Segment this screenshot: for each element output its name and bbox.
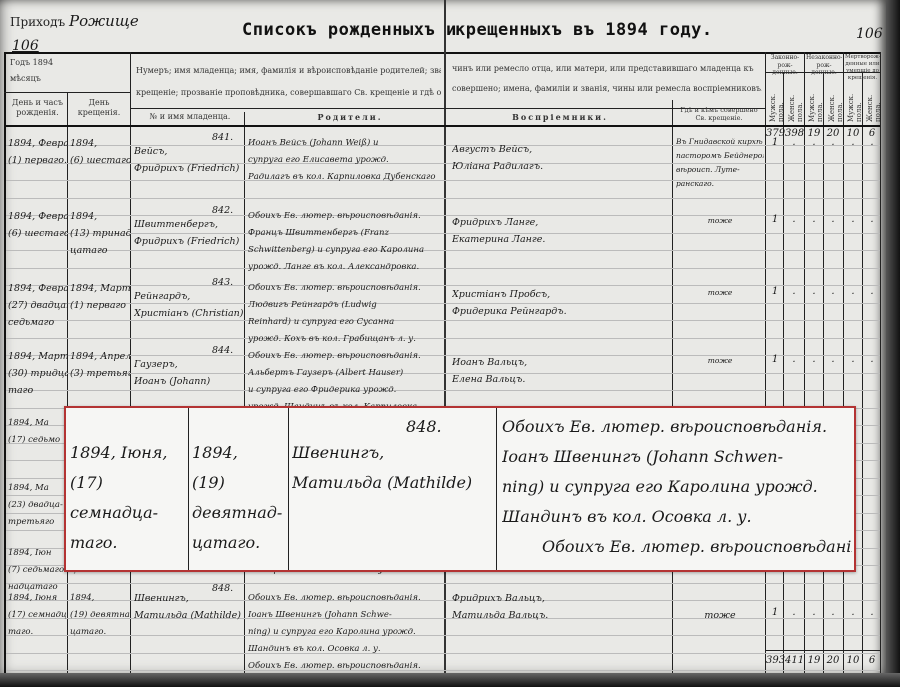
ruled-line: [6, 635, 880, 636]
scan-edge-right: [886, 0, 900, 687]
birth-date: 1894, Іюн(7) седьмагонадцатаго: [8, 545, 66, 596]
legit-male: Мужск. пола.: [769, 80, 785, 122]
child-name-line: Рейнгардъ,: [134, 288, 244, 305]
child-name-line: Швиттенбергъ,: [134, 216, 244, 233]
inset-child-line: Матильда (Mathilde): [292, 468, 496, 498]
count-mark: .: [785, 607, 803, 618]
baptism-place: тоже: [676, 354, 764, 368]
year-label: Годъ 1894: [10, 58, 53, 68]
parents-line: супруга его Елисавета урожд.: [248, 152, 442, 169]
birth-date-line: 1894, Іюня: [8, 590, 66, 607]
child-name: Вейсъ,Фридрихъ (Friedrich): [134, 143, 244, 177]
count-mark: .: [805, 607, 823, 618]
inset-parents: Обоихъ Ев. лютер. вѣроисповѣданія. Іоанъ…: [502, 412, 852, 562]
header-bottom: [4, 125, 880, 127]
birth-date-line: 1894, Февраля: [8, 135, 68, 152]
parents-line: Францъ Швиттенбергъ (Franz: [248, 225, 442, 242]
parents-line: урожд. Кохъ въ кол. Грабищанъ л. у.: [248, 331, 442, 348]
baptism-date: 1894,(19) девятнад-цатаго.: [70, 590, 130, 641]
parents-line: Обоихъ Ев. лютер. вѣроисповѣданія.: [248, 208, 442, 225]
birth-date: 1894, Февраля(6) шестаго: [8, 208, 68, 242]
child-name: Швиттенбергъ,Фридрихъ (Friedrich): [134, 216, 244, 250]
frame-left: [4, 52, 6, 687]
godparents-line: Фридрихъ Вальцъ,: [452, 590, 652, 607]
inset-parents-line: Обоихъ Ев. лютер. вѣроисповѣданія.: [502, 412, 852, 442]
baptism-place: тоже: [676, 607, 764, 624]
godparents-line: Елена Вальцъ.: [452, 371, 652, 388]
baptism-date-line: (19) девятнад-: [70, 607, 130, 624]
baptism-place-line: тоже: [676, 354, 764, 368]
child-name-line: Христіанъ (Christian): [134, 305, 244, 322]
godparents: Христіанъ Пробсъ,Фридерика Рейнгардъ.: [452, 286, 652, 320]
birth-date-line: 1894, Марта: [8, 348, 68, 365]
desc-top-right: чинъ или ремесло отца, или матери, или п…: [452, 64, 762, 74]
birth-date-line: таго: [8, 382, 68, 399]
inset-parents-line: Шандинъ въ кол. Осовка л. у.: [502, 502, 852, 532]
baptism-date-line: 1894, Апреля: [70, 348, 130, 365]
col-legit: Законно-рож-денные.: [767, 54, 803, 77]
col-godparents: Воспріемники.: [500, 112, 620, 122]
birth-date: 1894, Февраля(1) перваго.: [8, 135, 68, 169]
total-bottom-value: 20: [824, 655, 842, 666]
count-mark: 1: [766, 137, 784, 148]
ruled-line: [6, 250, 880, 251]
scan-edge-bottom: [0, 673, 900, 687]
birth-date-line: (23) двадца-: [8, 497, 66, 514]
count-mark: .: [844, 286, 862, 297]
parents-line: Людвигъ Рейнгардъ (Ludwig: [248, 297, 442, 314]
inset-birth-line: таго.: [70, 528, 188, 558]
birth-date-line: (1) перваго.: [8, 152, 68, 169]
godparents: Августъ Вейсъ,Юліана Радилагъ.: [452, 141, 652, 175]
baptism-place-line: вѣроисп. Луте-: [676, 163, 764, 177]
child-name-line: Вейсъ,: [134, 143, 244, 160]
ruled-line: [6, 390, 880, 391]
total-bottom-value: 411: [785, 655, 803, 666]
parents-line: Іоанъ Швенингъ (Johann Schwe-: [248, 607, 442, 624]
baptism-date: 1894,(6) шестаго: [70, 135, 130, 169]
count-mark: .: [844, 607, 862, 618]
inset-baptism: 1894, (19) девятнад- цатаго.: [192, 438, 288, 558]
ruled-line: [6, 583, 880, 584]
title-left: Списокъ рожденныхъ и: [242, 20, 457, 40]
count-mark: .: [805, 286, 823, 297]
godparents-line: Фридерика Рейнгардъ.: [452, 303, 652, 320]
baptism-date: 1894, Апреля(3) третьяго: [70, 348, 130, 382]
baptism-place-line: Въ Гнидавской кирхѣ: [676, 135, 764, 149]
godparents-line: Христіанъ Пробсъ,: [452, 286, 652, 303]
inset-parents-line: ning) и супруга его Каролина урожд.: [502, 472, 852, 502]
inset-child-line: Швенингъ,: [292, 438, 496, 468]
desc-top-left: Нумеръ; имя младенца; имя, фамилія и вѣр…: [136, 66, 441, 76]
col-line: [862, 72, 863, 687]
baptism-date-line: 1894,: [70, 590, 130, 607]
baptism-date: 1894, Марта(1) перваго: [70, 280, 130, 314]
totals-rule: [765, 650, 880, 651]
child-name: Гаузеръ,Иоанъ (Johann): [134, 356, 244, 390]
desc-bottom-right: совершено; имена, фамиліи и званія, чины…: [452, 84, 762, 94]
birth-date-line: (7) седьмаго: [8, 562, 66, 579]
parents-line: Альбертъ Гаузеръ (Albert Hauser): [248, 365, 442, 382]
row-line: [4, 92, 130, 93]
parents: Обоихъ Ев. лютер. вѣроисповѣданія.Іоанъ …: [248, 590, 442, 675]
baptism-date-line: цатаго: [70, 242, 130, 259]
parents: Обоихъ Ев. лютер. вѣроисповѣданія.Людвиг…: [248, 280, 442, 348]
count-mark: 1: [766, 607, 784, 618]
count-mark: .: [863, 214, 881, 225]
col-parents: Родители.: [300, 112, 400, 122]
birth-date: 1894, Ма(23) двадца-третьяго: [8, 480, 66, 531]
godparents-line: Августъ Вейсъ,: [452, 141, 652, 158]
birth-date-line: седьмаго: [8, 314, 68, 331]
parents-line: ning) и супруга его Каролина урожд.: [248, 624, 442, 641]
parents-line: Радилагъ въ кол. Карпиловка Дубенскаго: [248, 169, 442, 186]
stillborn-male: Мужск. пола.: [847, 80, 863, 122]
godparents: Иоанъ Вальцъ,Елена Вальцъ.: [452, 354, 652, 388]
child-name: Рейнгардъ,Христіанъ (Christian): [134, 288, 244, 322]
parents-line: Шандинъ въ кол. Осовка л. у.: [248, 641, 442, 658]
inset-col-line: [188, 408, 189, 570]
birth-date-line: таго.: [8, 624, 66, 641]
count-mark: .: [844, 354, 862, 365]
baptism-date: 1894,(13) тринад-цатаго: [70, 208, 130, 259]
parents-line: Обоихъ Ев. лютер. вѣроисповѣданія.: [248, 280, 442, 297]
birth-date-line: 1894, Іюн: [8, 545, 66, 562]
stillborn-female: Женск. пола.: [866, 80, 882, 122]
birth-date-line: 1894, Февраля: [8, 208, 68, 225]
baptism-date-line: 1894,: [70, 208, 130, 225]
count-mark: .: [785, 354, 803, 365]
illegit-male: Мужск. пола.: [808, 80, 824, 122]
count-mark: .: [844, 137, 862, 148]
parish-value: Рожище: [69, 12, 139, 30]
ruled-line: [6, 268, 880, 269]
count-mark: .: [844, 214, 862, 225]
legit-female: Женск. пола.: [788, 80, 804, 122]
ruled-line: [6, 670, 880, 671]
parents-line: Иоанъ Вейсъ (Johann Weiß) и: [248, 135, 442, 152]
birth-date-line: 1894, Ма: [8, 480, 66, 497]
birth-date-line: 1894, Ма: [8, 415, 66, 432]
register-page: Приходъ Рожище 106 Списокъ рожденныхъ и …: [0, 0, 888, 687]
total-bottom-value: 6: [863, 655, 881, 666]
total-bottom-value: 393: [766, 655, 784, 666]
baptism-place-line: тоже: [676, 607, 764, 624]
count-mark: .: [824, 607, 842, 618]
inset-parents-line: Іоанъ Швенингъ (Johann Schwen-: [502, 442, 852, 472]
frame-top: [4, 52, 880, 54]
col-line: [130, 52, 131, 687]
parents-line: Обоихъ Ев. лютер. вѣроисповѣданія.: [248, 590, 442, 607]
baptism-place-line: пасторомъ Бейднеромъ: [676, 149, 764, 163]
inset-parents-line: Обоихъ Ев. лютер. вѣроисповѣданія.: [502, 532, 852, 562]
birth-date-line: третьяго: [8, 514, 66, 531]
birth-date: 1894, Марта(30) тридца-таго: [8, 348, 68, 399]
count-mark: .: [805, 214, 823, 225]
child-name-line: Фридрихъ (Friedrich): [134, 233, 244, 250]
inset-baptism-line: 1894,: [192, 438, 288, 468]
baptism-place-line: ранскаго.: [676, 177, 764, 191]
inset-birth-line: 1894, Іюня,: [70, 438, 188, 468]
total-bottom-value: 10: [844, 655, 862, 666]
parents-line: и супруга его Фридерика урожд.: [248, 382, 442, 399]
birth-date-line: (6) шестаго: [8, 225, 68, 242]
count-mark: .: [805, 137, 823, 148]
count-mark: .: [785, 286, 803, 297]
godparents-line: Иоанъ Вальцъ,: [452, 354, 652, 371]
inset-child: Швенингъ, Матильда (Mathilde): [292, 438, 496, 498]
baptism-date-line: (13) тринад-: [70, 225, 130, 242]
birth-date: 1894, Февраля(27) двадцатьседьмаго: [8, 280, 68, 331]
col-line: [672, 100, 673, 687]
baptism-date-line: 1894,: [70, 135, 130, 152]
parents: Иоанъ Вейсъ (Johann Weiß) исупруга его Е…: [248, 135, 442, 186]
col-line: [783, 72, 784, 687]
col-baptism-day: День крещенія.: [70, 98, 128, 118]
child-name-line: Иоанъ (Johann): [134, 373, 244, 390]
ruled-line: [6, 653, 880, 654]
count-mark: .: [785, 137, 803, 148]
birth-date-line: (30) тридца-: [8, 365, 68, 382]
child-name-line: Фридрихъ (Friedrich): [134, 160, 244, 177]
baptism-place: тоже: [676, 286, 764, 300]
col-place: Гдѣ и кѣмъ совершено Св. крещеніе.: [676, 106, 762, 122]
parents: Обоихъ Ев. лютер. вѣроисповѣданія.Францъ…: [248, 208, 442, 276]
total-bottom-value: 19: [805, 655, 823, 666]
count-mark: .: [805, 354, 823, 365]
parents-line: Reinhard) и супруга его Сусанна: [248, 314, 442, 331]
baptism-place-line: тоже: [676, 286, 764, 300]
title-right: крещенныхъ въ 1894 году.: [455, 20, 713, 40]
birth-date: 1894, Ма(17) седьмо: [8, 415, 66, 449]
baptism-place: Въ Гнидавской кирхѣпасторомъ Бейднеромъв…: [676, 135, 764, 191]
baptism-place-line: тоже: [676, 214, 764, 228]
count-mark: .: [863, 607, 881, 618]
baptism-date-line: цатаго.: [70, 624, 130, 641]
baptism-date-line: (6) шестаго: [70, 152, 130, 169]
baptism-date-line: (3) третьяго: [70, 365, 130, 382]
inset-baptism-line: цатаго.: [192, 528, 288, 558]
illegit-female: Женск. пола.: [828, 80, 844, 122]
page-number-right: 106: [856, 26, 883, 42]
col-stillborn: Мертворож-денные или умершіе до крещенія…: [845, 54, 880, 82]
ruled-line: [6, 338, 880, 339]
inset-baptism-line: (19) девятнад-: [192, 468, 288, 528]
godparents-line: Юліана Радилагъ.: [452, 158, 652, 175]
parents-line: Schwittenberg) и супруга его Каролина: [248, 242, 442, 259]
count-mark: .: [824, 354, 842, 365]
child-name-line: Гаузеръ,: [134, 356, 244, 373]
godparents: Фридрихъ Вальцъ,Матильда Вальцъ.: [452, 590, 652, 624]
col-line: [823, 72, 824, 687]
row-line: [130, 108, 765, 109]
birth-date-line: (17) семнадца-: [8, 607, 66, 624]
baptism-date-line: (1) перваго: [70, 297, 130, 314]
inset-col-line: [288, 408, 289, 570]
birth-date: 1894, Іюня(17) семнадца-таго.: [8, 590, 66, 641]
godparents-line: Фридрихъ Ланге,: [452, 214, 652, 231]
entry-number: 848.: [212, 580, 233, 597]
count-mark: .: [863, 286, 881, 297]
count-mark: .: [824, 214, 842, 225]
child-name-line: Матильда (Mathilde): [134, 607, 244, 624]
inset-birth: 1894, Іюня, (17) семнадца- таго.: [70, 438, 188, 558]
godparents-line: Екатерина Ланге.: [452, 231, 652, 248]
parish-label: Приходъ: [10, 15, 65, 29]
parents-line: урожд. Ланге въ кол. Александровка.: [248, 259, 442, 276]
zoom-inset: 1894, Іюня, (17) семнадца- таго. 1894, (…: [64, 406, 856, 572]
parents-line: Обоихъ Ев. лютер. вѣроисповѣданія.: [248, 348, 442, 365]
godparents: Фридрихъ Ланге,Екатерина Ланге.: [452, 214, 652, 248]
inset-birth-line: (17) семнадца-: [70, 468, 188, 528]
birth-date-line: (17) седьмо: [8, 432, 66, 449]
count-mark: .: [863, 354, 881, 365]
count-mark: .: [863, 137, 881, 148]
col-child: № и имя младенца.: [140, 112, 240, 122]
birth-date-line: 1894, Февраля: [8, 280, 68, 297]
count-mark: 1: [766, 354, 784, 365]
godparents-line: Матильда Вальцъ.: [452, 607, 652, 624]
count-mark: 1: [766, 214, 784, 225]
inset-col-line: [496, 408, 497, 570]
count-mark: .: [824, 137, 842, 148]
month-label: мѣсяцъ: [10, 74, 41, 84]
baptism-date-line: 1894, Марта: [70, 280, 130, 297]
baptism-place: тоже: [676, 214, 764, 228]
count-mark: 1: [766, 286, 784, 297]
col-illegit: Незаконно-рож-денные.: [806, 54, 842, 77]
col-birth-day: День и часъ рожденія.: [10, 98, 65, 118]
count-mark: .: [824, 286, 842, 297]
parish-heading: Приходъ Рожище: [10, 12, 139, 30]
count-mark: .: [785, 214, 803, 225]
ruled-line: [6, 198, 880, 199]
desc-bottom-left: крещеніе; прозваніе проповѣдника, соверш…: [136, 88, 441, 98]
birth-date-line: (27) двадцать: [8, 297, 68, 314]
